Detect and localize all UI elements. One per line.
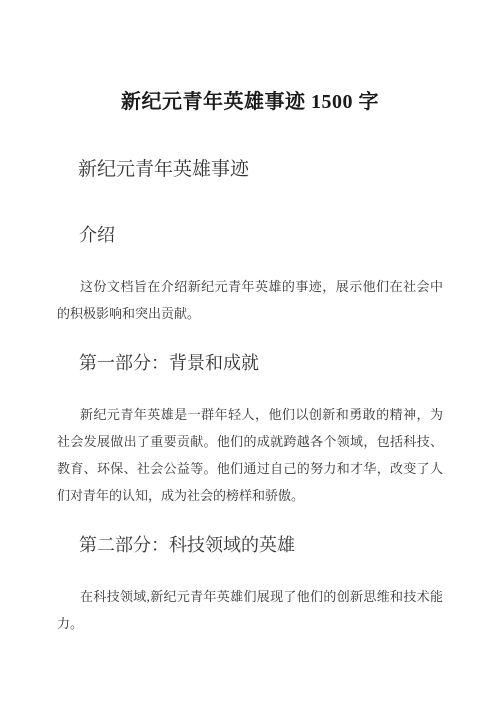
section-heading-intro: 介绍	[57, 223, 443, 247]
section-heading-part2: 第二部分：科技领域的英雄	[57, 533, 443, 557]
section-part1: 第一部分：背景和成就 新纪元青年英雄是一群年轻人，他们以创新和勇敢的精神，为社会…	[57, 351, 443, 509]
document-page: 新纪元青年英雄事迹 1500 字 新纪元青年英雄事迹 介绍 这份文档旨在介绍新纪…	[0, 0, 500, 707]
section-paragraph: 新纪元青年英雄是一群年轻人，他们以创新和勇敢的精神，为社会发展做出了重要贡献。他…	[57, 401, 443, 509]
document-main-heading: 新纪元青年英雄事迹	[57, 157, 443, 182]
section-paragraph: 这份文档旨在介绍新纪元青年英雄的事迹，展示他们在社会中的积极影响和突出贡献。	[57, 273, 443, 327]
section-paragraph: 在科技领域,新纪元青年英雄们展现了他们的创新思维和技术能力。	[57, 583, 443, 637]
document-title: 新纪元青年英雄事迹 1500 字	[57, 89, 443, 115]
section-heading-part1: 第一部分：背景和成就	[57, 351, 443, 375]
section-part2: 第二部分：科技领域的英雄 在科技领域,新纪元青年英雄们展现了他们的创新思维和技术…	[57, 533, 443, 637]
section-intro: 介绍 这份文档旨在介绍新纪元青年英雄的事迹，展示他们在社会中的积极影响和突出贡献…	[57, 223, 443, 327]
